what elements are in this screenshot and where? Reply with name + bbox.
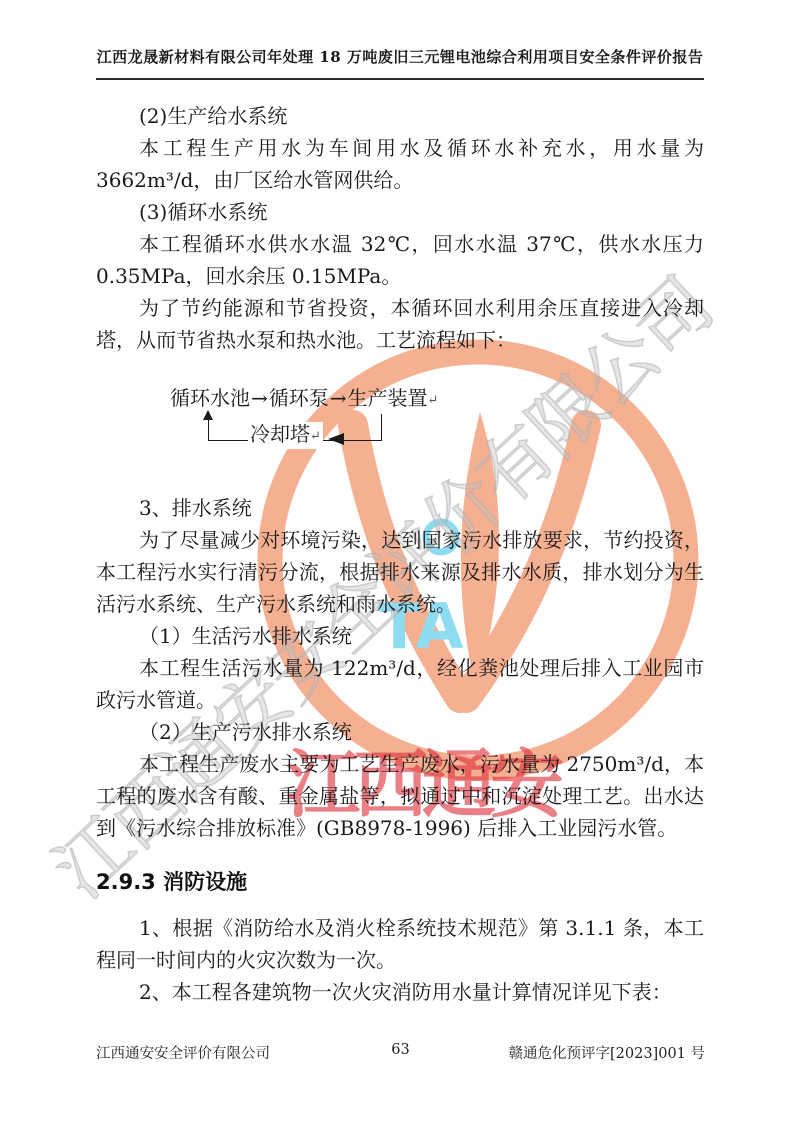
flow-arrow-icon: → bbox=[250, 386, 269, 410]
heading-fire-facilities: 2.9.3 消防设施 bbox=[96, 868, 704, 896]
flow-arrow-icon: → bbox=[329, 386, 348, 410]
section-domestic-sewage-title: （1）生活污水排水系统 bbox=[96, 620, 704, 652]
paragraph-circulating-water: 本工程循环水供水水温 32℃，回水水温 37℃，供水水压力 0.35MPa，回水… bbox=[96, 228, 704, 292]
flow-node-circulating-pool: 循环水池 bbox=[170, 386, 250, 410]
return-mark-icon: ↵ bbox=[428, 393, 439, 408]
paragraph-energy-saving: 为了节约能源和节省投资，本循环回水利用余压直接进入冷却塔，从而节省热水泵和热水池… bbox=[96, 292, 704, 356]
paragraph-drainage-overview: 为了尽量减少对环境污染，达到国家污水排放要求，节约投资，本工程污水实行清污分流，… bbox=[96, 524, 704, 620]
flow-node-circulating-pump: 循环泵 bbox=[269, 386, 329, 410]
page-footer: 江西通安安全评价有限公司 63 赣通危化预评字[2023]001 号 bbox=[96, 1042, 705, 1063]
flow-node-production-unit: 生产装置 bbox=[348, 386, 428, 410]
paragraph-fire-frequency: 1、根据《消防给水及消火栓系统技术规范》第 3.1.1 条，本工程同一时间内的火… bbox=[96, 912, 704, 976]
section-production-water-title: (2)生产给水系统 bbox=[96, 100, 704, 132]
section-production-sewage-title: （2）生产污水排水系统 bbox=[96, 716, 704, 748]
flow-node-cooling-tower: 冷却塔↵ bbox=[248, 422, 323, 449]
paragraph-fire-water-table-intro: 2、本工程各建筑物一次火灾消防用水量计算情况详见下表： bbox=[96, 976, 704, 1008]
section-drainage-title: 3、排水系统 bbox=[96, 492, 704, 524]
return-mark-icon: ↵ bbox=[310, 429, 321, 444]
page-header-title: 江西龙晟新材料有限公司年处理 18 万吨废旧三元锂电池综合利用项目安全条件评价报… bbox=[96, 46, 704, 80]
report-page: TA 江西通安安全评价有限公司 江西通安 江西龙晟新材料有限公司年处理 18 万… bbox=[0, 0, 800, 1131]
flow-top-row: 循环水池→循环泵→生产装置↵ bbox=[170, 386, 470, 413]
footer-doc-number: 赣通危化预评字[2023]001 号 bbox=[410, 1042, 705, 1063]
left-arrowhead-icon bbox=[328, 433, 344, 445]
process-flow-diagram: 循环水池→循环泵→生产装置↵ 冷却塔↵ bbox=[170, 386, 470, 456]
paragraph-domestic-sewage: 本工程生活污水量为 122m³/d，经化粪池处理后排入工业园市政污水管道。 bbox=[96, 652, 704, 716]
paragraph-production-water: 本工程生产用水为车间用水及循环水补充水，用水量为 3662m³/d，由厂区给水管… bbox=[96, 132, 704, 196]
footer-page-number: 63 bbox=[391, 1042, 409, 1063]
section-circulating-water-title: (3)循环水系统 bbox=[96, 196, 704, 228]
up-arrowhead-icon bbox=[203, 410, 213, 420]
document-content: 江西龙晟新材料有限公司年处理 18 万吨废旧三元锂电池综合利用项目安全条件评价报… bbox=[0, 46, 800, 1008]
body-text-block: (2)生产给水系统 本工程生产用水为车间用水及循环水补充水，用水量为 3662m… bbox=[96, 100, 704, 1008]
footer-company: 江西通安安全评价有限公司 bbox=[96, 1042, 391, 1063]
paragraph-production-sewage: 本工程生产废水主要为工艺生产废水，污水量为 2750m³/d，本工程的废水含有酸… bbox=[96, 748, 704, 844]
